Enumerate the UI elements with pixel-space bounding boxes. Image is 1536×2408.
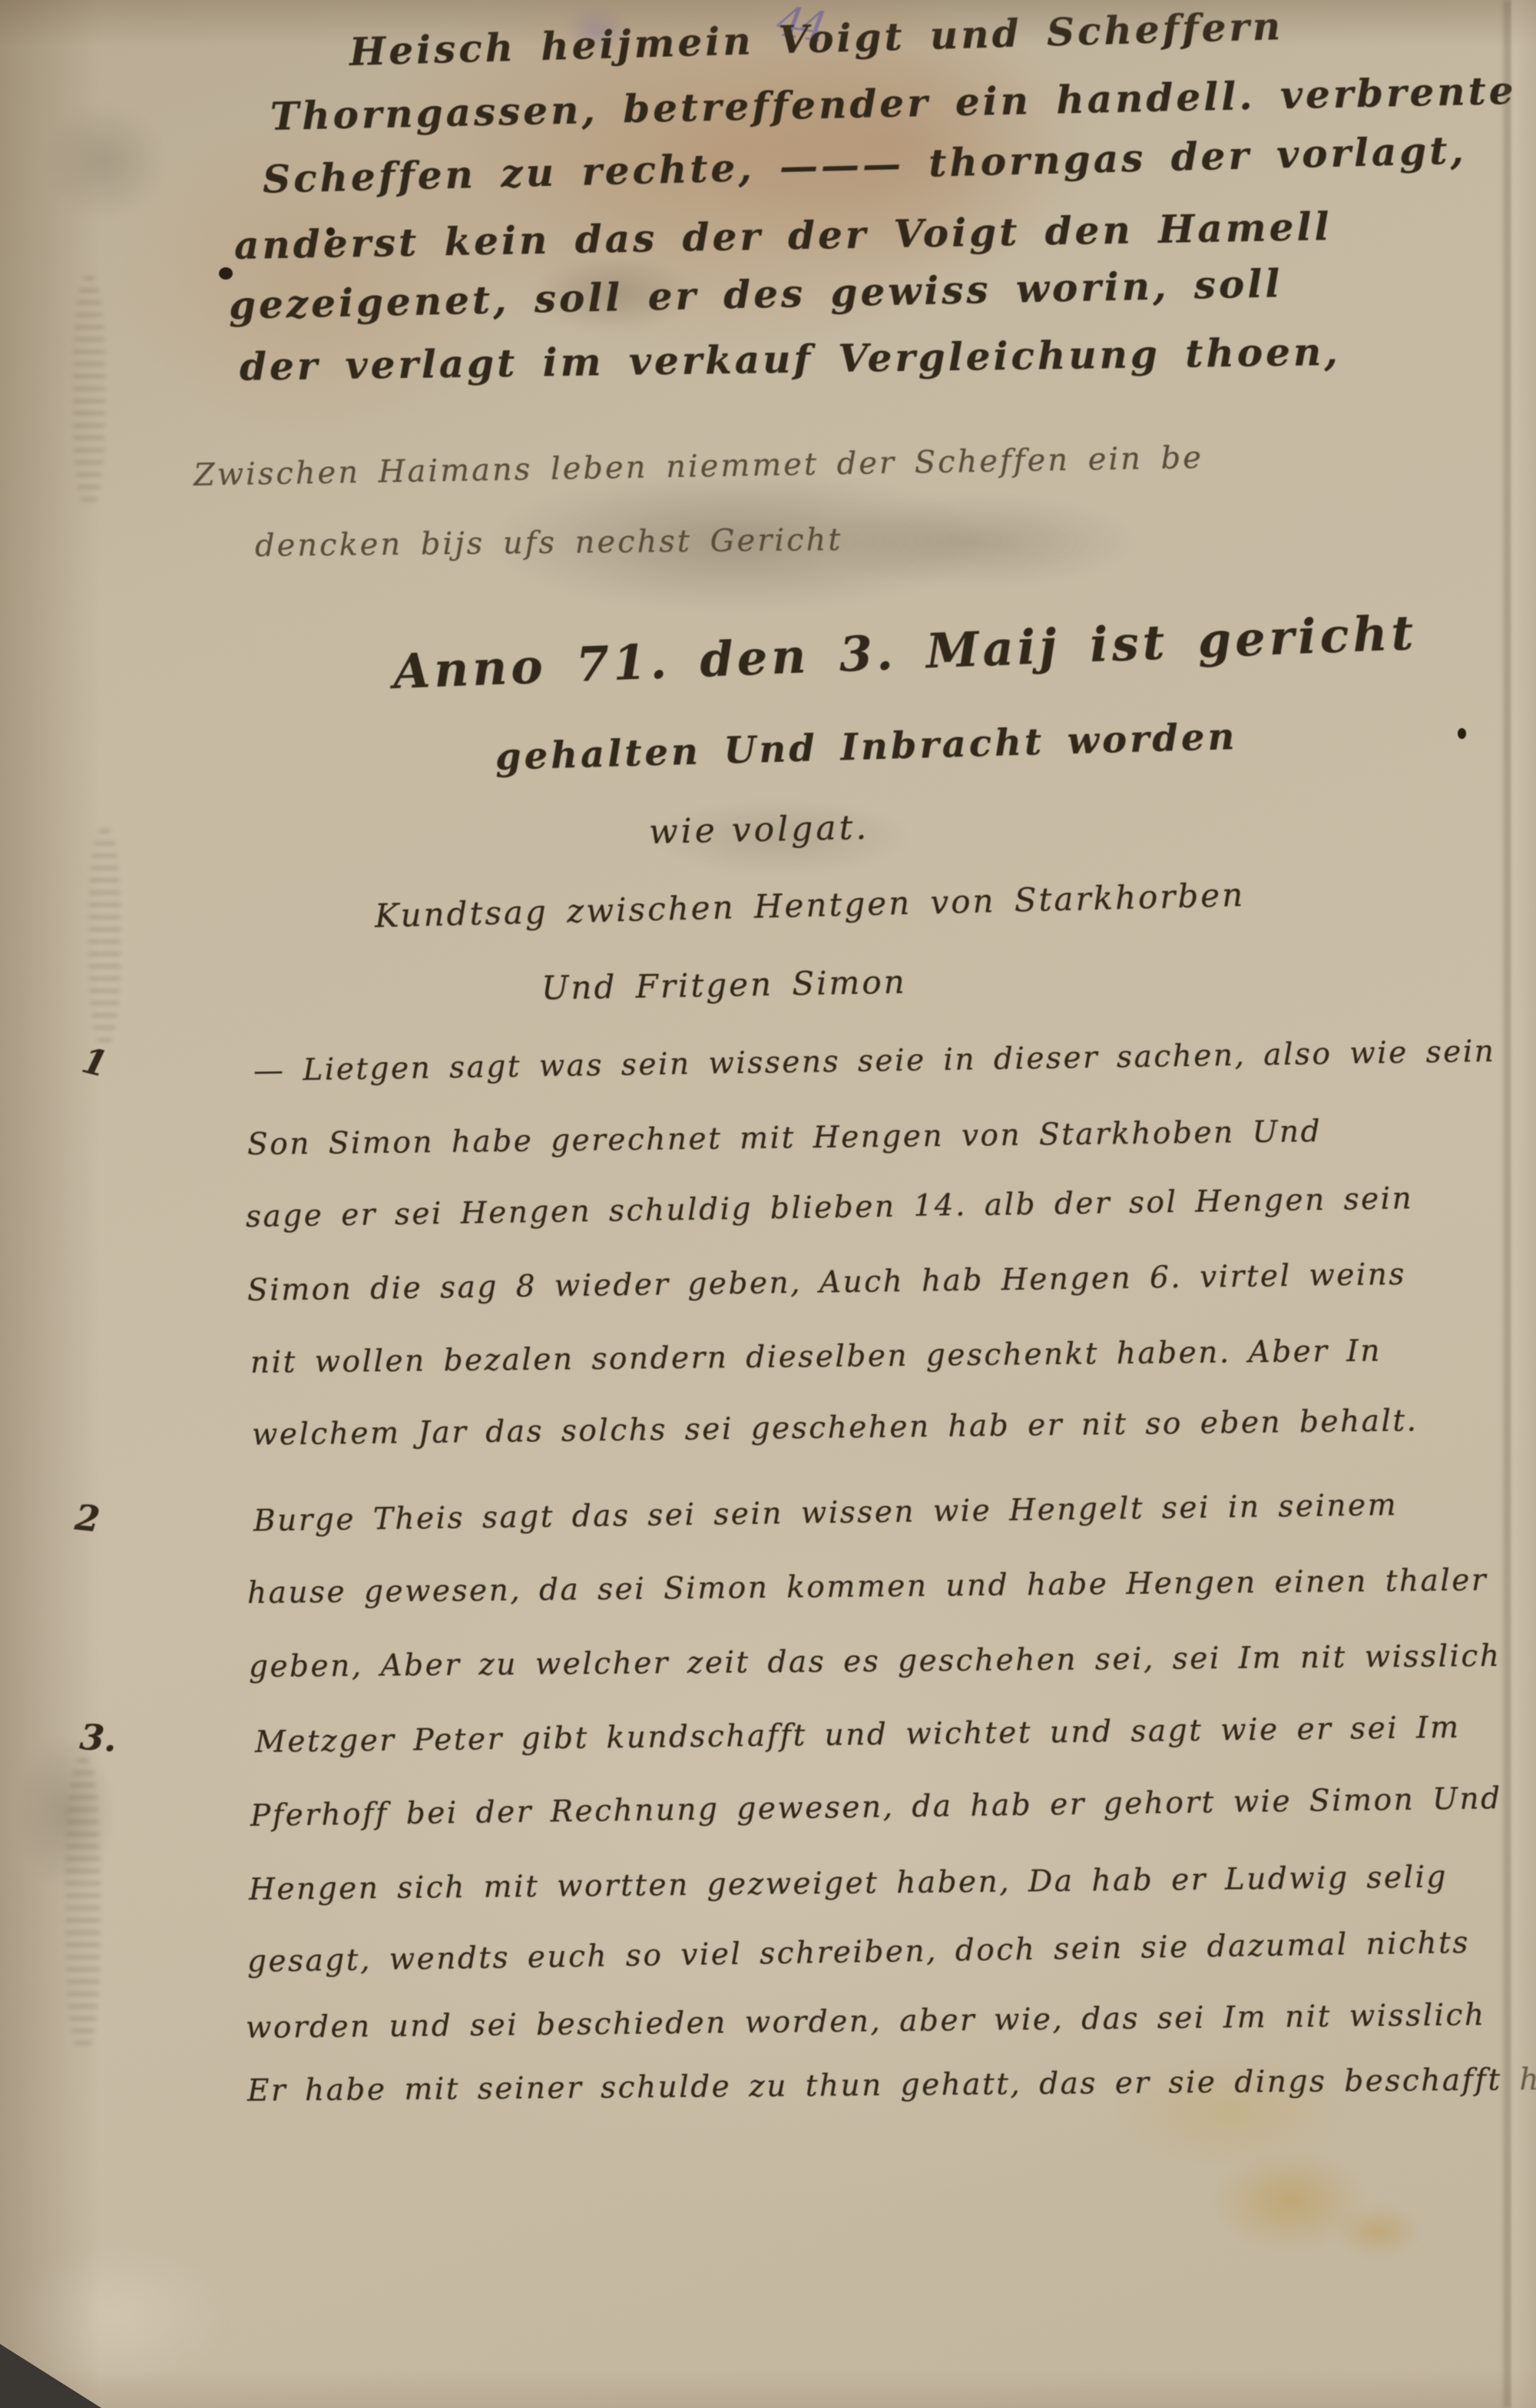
paragraph-line: Scheffen zu rechte, ——— thorngas der vor… — [262, 128, 1467, 202]
entry-line: worden und sei beschieden worden, aber w… — [246, 1998, 1486, 2045]
entry-line: Er habe mit seiner schulde zu thun gehat… — [247, 2062, 1536, 2108]
entry-number: 1 — [78, 1039, 111, 1085]
heading-line: wie volgat. — [648, 808, 869, 852]
entry-line: Son Simon habe gerechnet mit Hengen von … — [247, 1115, 1322, 1162]
entry-line: Metzger Peter gibt kundschafft und wicht… — [255, 1711, 1461, 1760]
bleedthrough-ghost — [88, 830, 121, 1045]
subheading-line: Und Fritgen Simon — [541, 963, 908, 1007]
entry-line: gesagt, wendts euch so viel schreiben, d… — [247, 1926, 1470, 1979]
entry-line: geben, Aber zu welcher zeit das es gesch… — [249, 1639, 1501, 1684]
subheading-line: Kundtsag zwischen Hentgen von Starkhorbe… — [374, 876, 1245, 935]
heading-line: gehalten Und Inbracht worden — [495, 715, 1238, 779]
entry-line: hause gewesen, da sei Simon kommen und h… — [247, 1563, 1488, 1611]
ink-speck — [326, 227, 335, 236]
note-line: Zwischen Haimans leben niemmet der Schef… — [194, 440, 1204, 493]
fold-crease — [1504, 0, 1511, 2408]
paper-stain — [1336, 2204, 1421, 2258]
entry-line: Burge Theis sagt das sei sein wissen wie… — [253, 1488, 1399, 1539]
heading-line: Anno 71. den 3. Maij ist gericht — [392, 604, 1418, 700]
bleedthrough-ghost — [65, 1759, 101, 2051]
page-corner-damage — [0, 2333, 101, 2408]
entry-line: Hengen sich mit wortten gezweiget haben,… — [249, 1860, 1448, 1907]
page-edge-shadow — [0, 0, 100, 2408]
manuscript-page: 44 Heisch heijmein Voigt und Scheffern T… — [0, 0, 1536, 2408]
entry-line: welchem Jar das solchs sei geschehen hab… — [252, 1403, 1418, 1452]
bleedthrough-ghost — [73, 277, 105, 507]
paragraph-line: gezeigenet, soll er des gewiss worin, so… — [228, 260, 1283, 328]
entry-line: sage er sei Hengen schuldig blieben 14. … — [246, 1181, 1414, 1234]
note-line: dencken bijs ufs nechst Gericht — [255, 522, 843, 564]
paper-stain — [1213, 2151, 1367, 2251]
entry-line: — Lietgen sagt was sein wissens seie in … — [253, 1035, 1496, 1088]
entry-number: 3. — [78, 1716, 118, 1760]
entry-line: Simon die sag 8 wieder geben, Auch hab H… — [247, 1257, 1407, 1308]
ink-smudge — [42, 104, 165, 219]
ink-speck — [1458, 728, 1466, 739]
entry-number: 2 — [73, 1496, 101, 1540]
fold-crease — [1511, 0, 1536, 2408]
ink-smudge — [814, 495, 1137, 588]
ink-smudge — [15, 1736, 115, 1890]
ink-speck — [219, 267, 233, 280]
entry-line: nit wollen bezalen sondern dieselben ges… — [250, 1334, 1382, 1380]
paragraph-line: der verlagt im verkauf Vergleichung thoe… — [240, 329, 1341, 389]
entry-line: Pferhoff bei der Rechnung gewesen, da ha… — [250, 1781, 1502, 1833]
paragraph-line: anderst kein das der der Voigt den Hamel… — [233, 204, 1332, 268]
page-edge-shadow — [1510, 0, 1536, 2408]
page-edge-shadow — [0, 2370, 1536, 2408]
paragraph-line: Thorngassen, betreffender ein handell. v… — [270, 67, 1536, 139]
